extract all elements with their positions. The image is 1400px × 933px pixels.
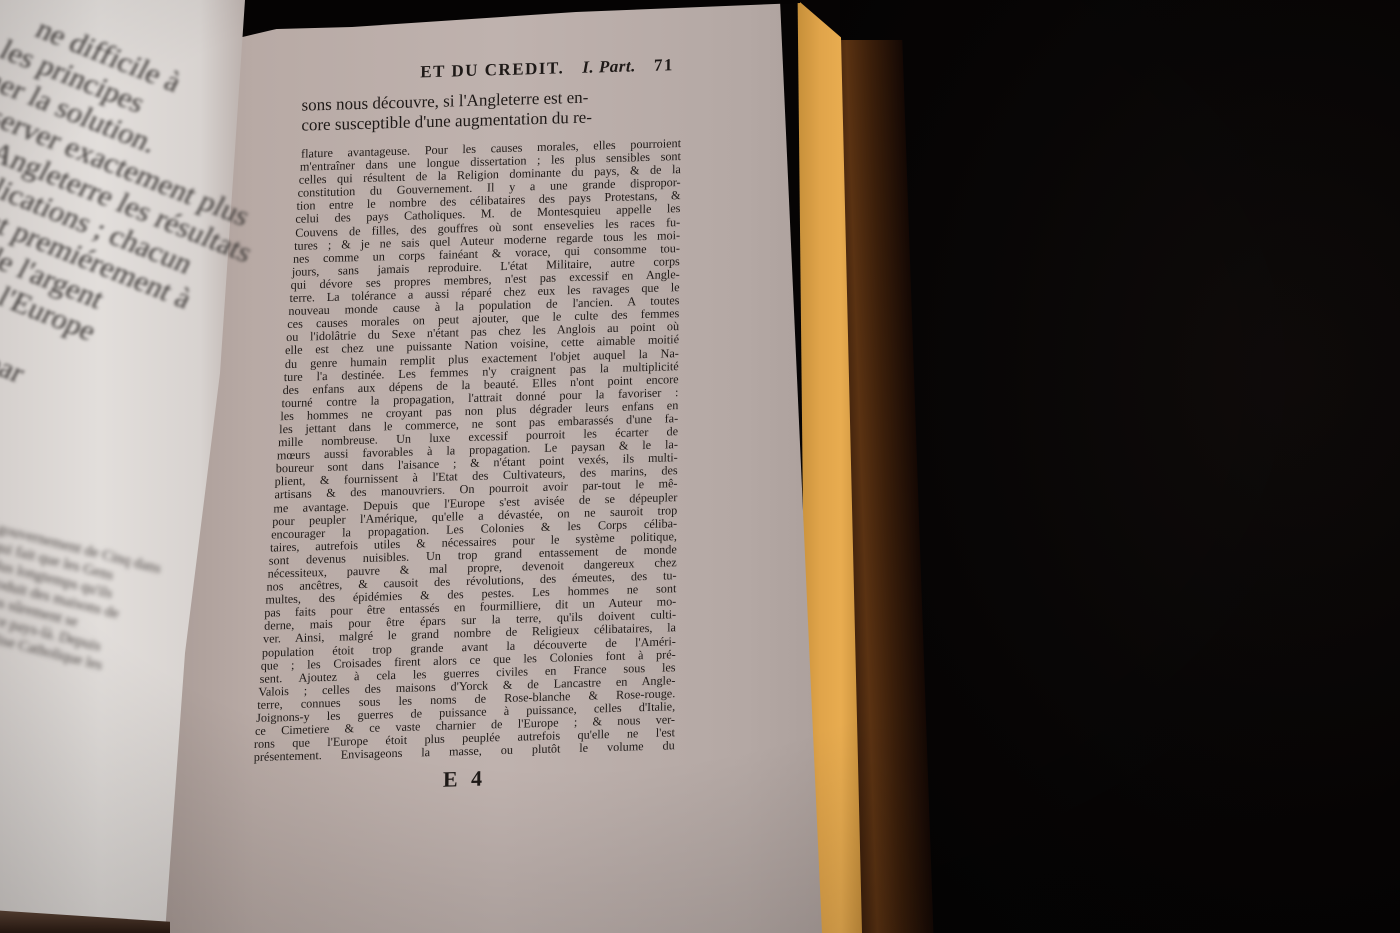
- running-head-title: ET DU CREDIT.: [420, 58, 564, 82]
- running-head-part: I. Part.: [582, 56, 636, 78]
- right-page-text-block: ET DU CREDIT. I. Part. 71 sons nous déco…: [254, 55, 682, 798]
- footnote-text: flature avantageuse. Pour les causes mor…: [255, 137, 681, 764]
- book-photo: ne difficile àles principesbiner la solu…: [0, 0, 1400, 933]
- page-number: 71: [654, 55, 674, 76]
- large-text: sons nous découvre, si l'Angleterre est …: [261, 85, 681, 137]
